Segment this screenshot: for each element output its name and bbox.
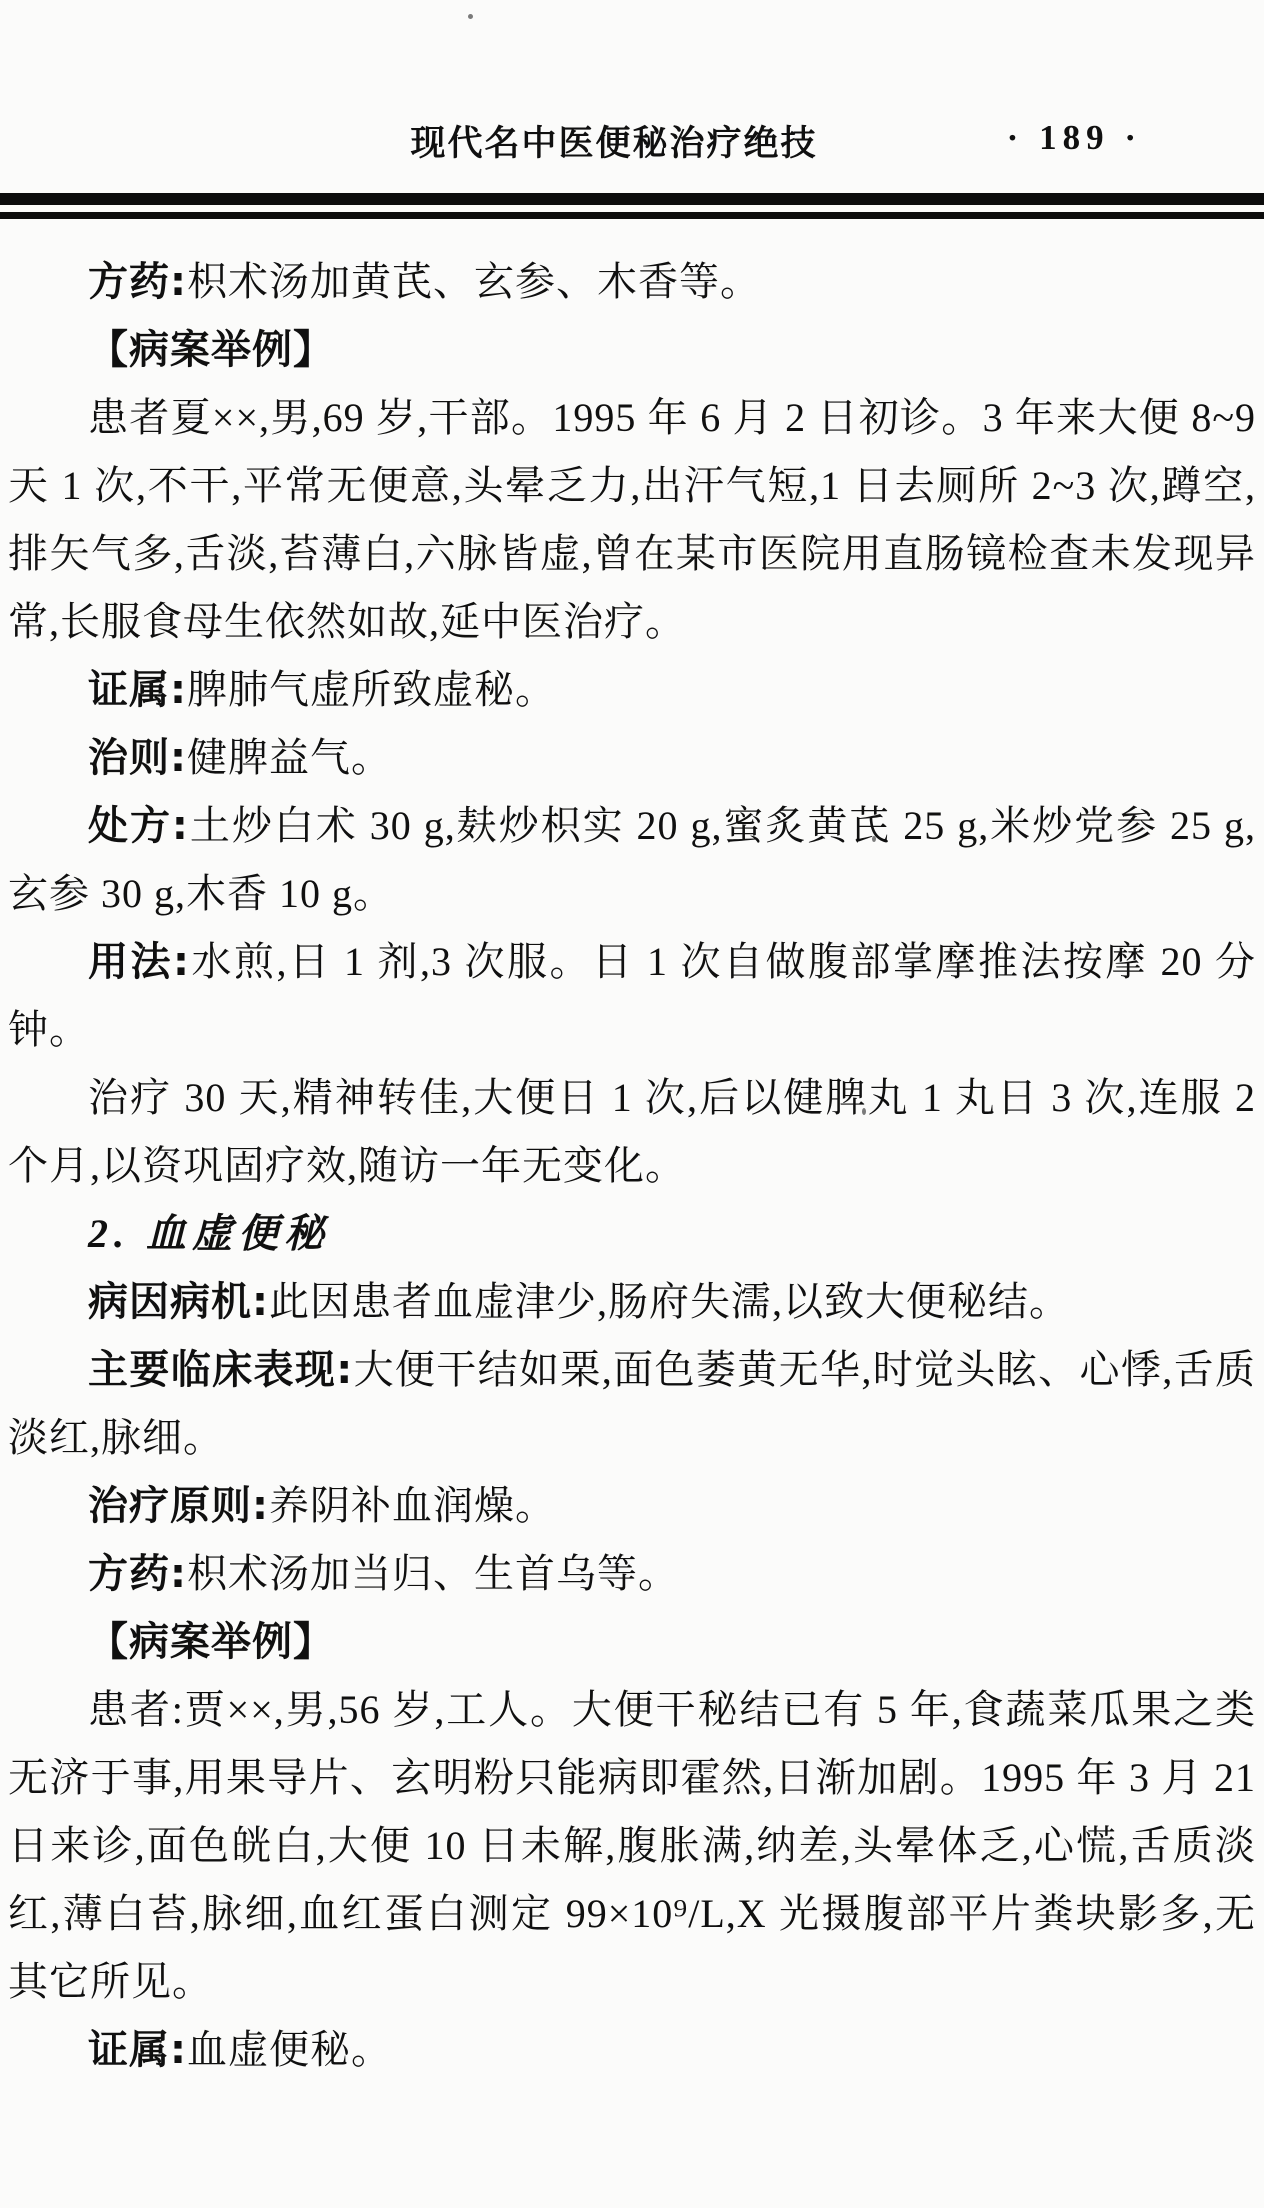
paragraph-clinical-manifestations: 主要临床表现:大便干结如栗,面色萎黄无华,时觉头眩、心悸,舌质淡红,脉细。 bbox=[8, 1336, 1256, 1472]
paragraph-label: 治则: bbox=[88, 735, 187, 781]
paragraph-text: 脾肺气虚所致虚秘。 bbox=[187, 667, 556, 712]
paragraph-text: 患者夏××,男,69 岁,干部。1995 年 6 月 2 日初诊。3 年来大便 … bbox=[8, 395, 1256, 644]
paragraph-label: 【病案举例】 bbox=[88, 1619, 334, 1665]
paragraph-text: 患者:贾××,男,56 岁,工人。大便干秘结已有 5 年,食蔬菜瓜果之类无济于事… bbox=[8, 1687, 1256, 2004]
paragraph-outcome: 治疗 30 天,精神转佳,大便日 1 次,后以健脾丸 1 丸日 3 次,连服 2… bbox=[8, 1064, 1256, 1200]
paragraph-treatment-principle: 治疗原则:养阴补血润燥。 bbox=[8, 1472, 1256, 1540]
case-example-heading-1: 【病案举例】 bbox=[8, 316, 1256, 384]
paragraph-text: 治疗 30 天,精神转佳,大便日 1 次,后以健脾丸 1 丸日 3 次,连服 2… bbox=[8, 1075, 1256, 1188]
case-example-heading-2: 【病案举例】 bbox=[8, 1608, 1256, 1676]
paragraph-chufang: 处方:土炒白术 30 g,麸炒枳实 20 g,蜜炙黄芪 25 g,米炒党参 25… bbox=[8, 792, 1256, 928]
paragraph-label: 证属: bbox=[88, 667, 187, 713]
paragraph-label: 【病案举例】 bbox=[88, 327, 334, 373]
paragraph-label: 方药: bbox=[88, 1551, 187, 1597]
paragraph-bingyinbingji: 病因病机:此因患者血虚津少,肠府失濡,以致大便秘结。 bbox=[8, 1268, 1256, 1336]
body-text: 方药:枳术汤加黄芪、玄参、木香等。 【病案举例】 患者夏××,男,69 岁,干部… bbox=[0, 248, 1264, 2084]
paragraph-text: 土炒白术 30 g,麸炒枳实 20 g,蜜炙黄芪 25 g,米炒党参 25 g,… bbox=[8, 803, 1256, 916]
paragraph-zhize: 治则:健脾益气。 bbox=[8, 724, 1256, 792]
paragraph-label: 方药: bbox=[88, 259, 187, 305]
paragraph-label: 证属: bbox=[88, 2027, 187, 2073]
page-number: · 189 · bbox=[1007, 118, 1142, 158]
paragraph-text: 枳术汤加黄芪、玄参、木香等。 bbox=[187, 259, 761, 304]
header-rule-thick bbox=[0, 193, 1264, 205]
paragraph-zhengshu-2: 证属:血虚便秘。 bbox=[8, 2016, 1256, 2084]
paragraph-label: 主要临床表现: bbox=[88, 1347, 353, 1393]
paragraph-text: 水煎,日 1 剂,3 次服。日 1 次自做腹部掌摩推法按摩 20 分钟。 bbox=[8, 939, 1256, 1052]
paragraph-fangyao-1: 方药:枳术汤加黄芪、玄参、木香等。 bbox=[8, 248, 1256, 316]
paragraph-label: 处方: bbox=[88, 803, 189, 849]
paragraph-text: 此因患者血虚津少,肠府失濡,以致大便秘结。 bbox=[269, 1279, 1070, 1324]
paragraph-label: 用法: bbox=[88, 939, 190, 985]
paragraph-text: 健脾益气。 bbox=[187, 735, 392, 780]
paragraph-zhengshu-1: 证属:脾肺气虚所致虚秘。 bbox=[8, 656, 1256, 724]
paragraph-text: 养阴补血润燥。 bbox=[269, 1483, 556, 1528]
section-heading-blood-deficiency: 2. 血虚便秘 bbox=[8, 1200, 1256, 1268]
book-page: 现代名中医便秘治疗绝技 · 189 · 方药:枳术汤加黄芪、玄参、木香等。 【病… bbox=[0, 0, 1264, 2208]
header-rule-thin bbox=[0, 212, 1264, 219]
paragraph-label: 治疗原则: bbox=[88, 1483, 269, 1529]
paragraph-case-1: 患者夏××,男,69 岁,干部。1995 年 6 月 2 日初诊。3 年来大便 … bbox=[8, 384, 1256, 656]
paragraph-fangyao-2: 方药:枳术汤加当归、生首乌等。 bbox=[8, 1540, 1256, 1608]
paragraph-case-2: 患者:贾××,男,56 岁,工人。大便干秘结已有 5 年,食蔬菜瓜果之类无济于事… bbox=[8, 1676, 1256, 2016]
scan-speck bbox=[468, 14, 473, 19]
paragraph-text: 血虚便秘。 bbox=[187, 2027, 392, 2072]
paragraph-text: 2. 血虚便秘 bbox=[88, 1211, 330, 1256]
paragraph-text: 枳术汤加当归、生首乌等。 bbox=[187, 1551, 679, 1596]
running-head: 现代名中医便秘治疗绝技 · 189 · bbox=[0, 0, 1264, 192]
paragraph-label: 病因病机: bbox=[88, 1279, 269, 1325]
paragraph-yongfa: 用法:水煎,日 1 剂,3 次服。日 1 次自做腹部掌摩推法按摩 20 分钟。 bbox=[8, 928, 1256, 1064]
